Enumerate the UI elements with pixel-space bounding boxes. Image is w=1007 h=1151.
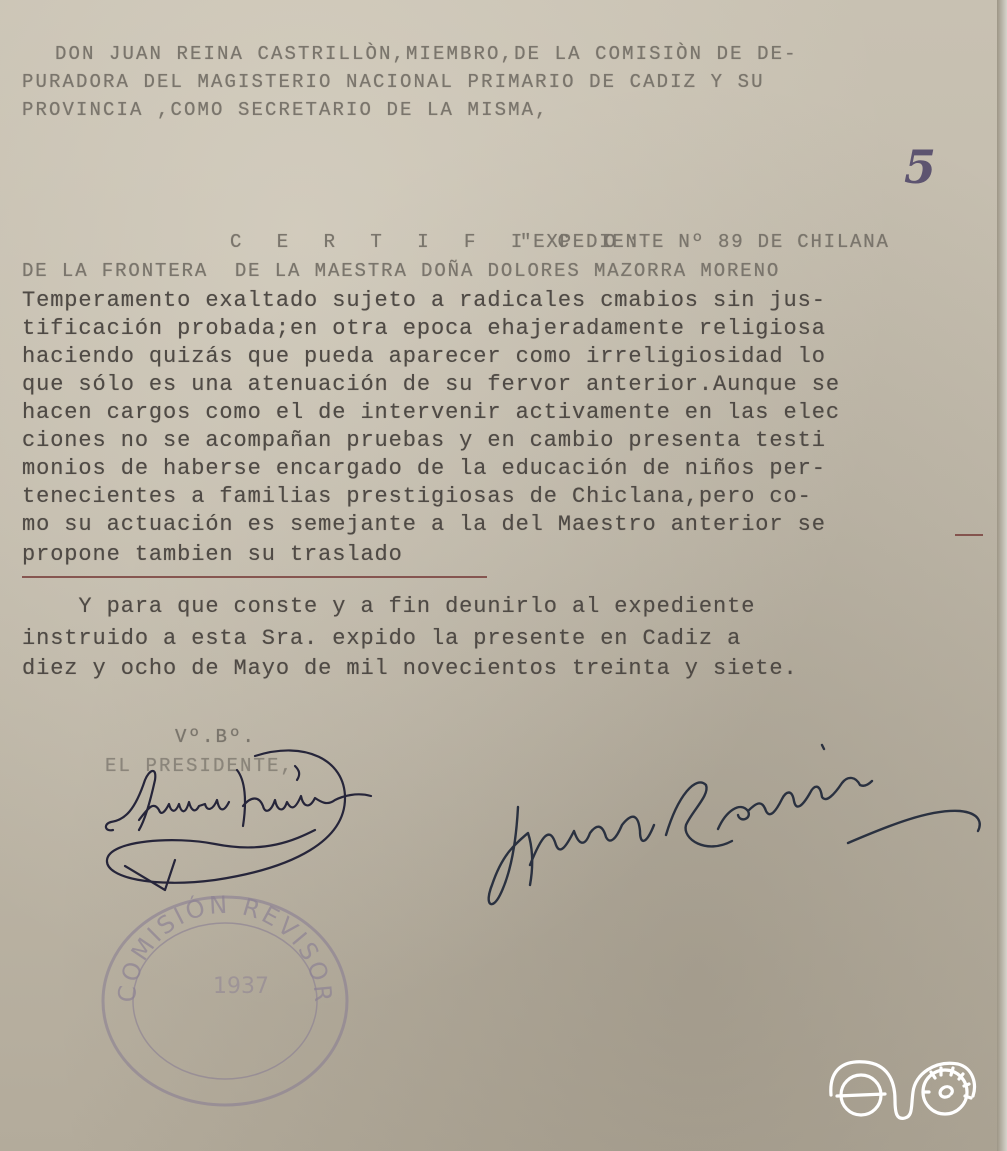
secretary-signature [470, 715, 990, 925]
body-line-1: DE LA FRONTERA DE LA MAESTRA DOÑA DOLORE… [22, 262, 780, 281]
body-line-3: tificación probada;en otra epoca ehajera… [22, 318, 826, 340]
underline-proposal [22, 576, 487, 578]
watermark-logo-icon [823, 1050, 978, 1120]
body-line-11: propone tambien su traslado [22, 544, 403, 566]
header-line-1: DON JUAN REINA CASTRILLÒN,MIEMBRO,DE LA … [55, 45, 798, 64]
body-line-8: monios de haberse encargado de la educac… [22, 458, 826, 480]
official-stamp: COMISIÓN REVISORA DEL MAGISTERIO 1937 [95, 885, 355, 1110]
body-line-10: mo su actuación es semejante a la del Ma… [22, 514, 826, 536]
header-line-2: PURADORA DEL MAGISTERIO NACIONAL PRIMARI… [22, 73, 765, 92]
body-line-7: ciones no se acompañan pruebas y en camb… [22, 430, 826, 452]
body-line-4: haciendo quizás que pueda aparecer como … [22, 346, 826, 368]
underline-se [955, 534, 983, 536]
header-line-3: PROVINCIA ,COMO SECRETARIO DE LA MISMA, [22, 101, 549, 120]
body-line-6: hacen cargos como el de intervenir activ… [22, 402, 840, 424]
body-line-9: tenecientes a familias prestigiosas de C… [22, 486, 812, 508]
stamp-center-text: 1937 [213, 974, 269, 999]
page-number: 5 [904, 140, 936, 194]
president-signature [95, 740, 405, 900]
expediente-reference: "EXPEDIENTE Nº 89 DE CHILANA [520, 233, 890, 252]
closing-line-2: instruido a esta Sra. expido la presente… [22, 628, 741, 650]
page-edge [997, 0, 1007, 1151]
body-line-2: Temperamento exaltado sujeto a radicales… [22, 290, 826, 312]
closing-line-3: diez y ocho de Mayo de mil novecientos t… [22, 658, 798, 680]
body-line-5: que sólo es una atenuación de su fervor … [22, 374, 840, 396]
closing-line-1: Y para que conste y a fin deunirlo al ex… [22, 596, 755, 618]
